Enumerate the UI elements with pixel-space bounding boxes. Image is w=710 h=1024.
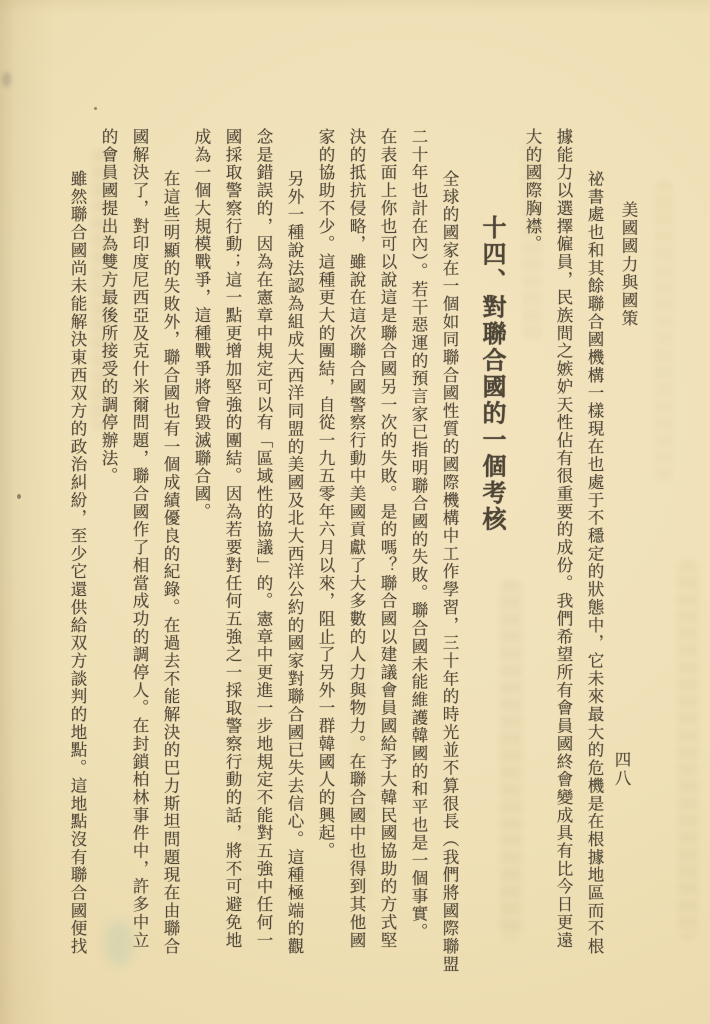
text-column: 全球的國家在一個如同聯合國性質的國際機構中工作學習，三十年的時光並不算很長（我們… xyxy=(434,128,465,976)
running-title: 美國國力與國策 xyxy=(616,201,640,328)
body-text-block: 祕書處也和其餘聯合國機構一樣現在也處于不穩定的狀態中，它未來最大的危機是在根據地… xyxy=(62,128,610,976)
chapter-heading: 十四、對聯合國的一個考核 xyxy=(465,128,517,976)
ink-speck xyxy=(17,494,21,499)
page-top-edge-shading xyxy=(0,0,710,14)
text-column: 決的抵抗侵略，雖說在這次聯合國警察行動中美國貢獻了大多數的人力與物力。在聯合國中… xyxy=(341,128,372,976)
bleed-through-mark xyxy=(678,560,698,940)
text-column: 國解決了，對印度尼西亞及克什米爾問題，聯合國作了相當成功的調停人。在封鎖柏林事件… xyxy=(124,128,155,976)
text-column: 的會員國提出為雙方最後所接受的調停辦法。 xyxy=(93,128,124,976)
text-column: 國採取警察行動；這一點更增加堅強的團結。因為若要對任何五強之一採取警察行動的話，… xyxy=(217,128,248,976)
text-column: 在表面上你也可以說這是聯合國另一次的失敗。是的嗎？聯合國以建議會員國給予大韓民國… xyxy=(372,128,403,976)
text-column: 雖然聯合國尚未能解決東西双方的政治糾紛，至少它還供給双方談判的地點。這地點沒有聯… xyxy=(62,128,93,976)
page-number: 四八 xyxy=(609,751,633,788)
ink-smudge xyxy=(2,72,11,87)
text-column: 祕書處也和其餘聯合國機構一樣現在也處于不穩定的狀態中，它未來最大的危機是在根據地… xyxy=(579,128,610,976)
text-column: 二十年也計在內）。若干惡運的預言家已指明聯合國的失敗。聯合國未能維護韓國的和平也… xyxy=(403,128,434,976)
text-column: 成為一個大規模戰爭，這種戰爭將會毀滅聯合國。 xyxy=(186,128,217,976)
text-column: 在這些明顯的失敗外，聯合國也有一個成績優良的紀錄。在過去不能解決的巴力斯坦問題現… xyxy=(155,128,186,976)
text-column: 另外一種說法認為組成大西洋同盟的美國及北大西洋公約的國家對聯合國已失去信心。這種… xyxy=(279,128,310,976)
text-column: 念是錯誤的，因為在憲章中規定可以有「區域性的協議」的。憲章中更進一步地規定不能對… xyxy=(248,128,279,976)
ink-speck xyxy=(94,107,97,110)
scanned-page: 美國國力與國策 四八 祕書處也和其餘聯合國機構一樣現在也處于不穩定的狀態中，它未… xyxy=(0,0,710,1024)
bleed-through-mark xyxy=(655,180,673,480)
page-left-edge-shading xyxy=(0,0,58,1024)
text-column: 據能力以選擇僱員，民族間之嫉妒天性佔有很重要的成份。我們希望所有會員國終會變成具… xyxy=(548,128,579,976)
text-column: 家的協助不少。這種更大的團結，自從一九五零年六月以來，阻止了另外一群韓國人的興起… xyxy=(310,128,341,976)
text-column: 大的國際胸襟。 xyxy=(517,128,548,976)
